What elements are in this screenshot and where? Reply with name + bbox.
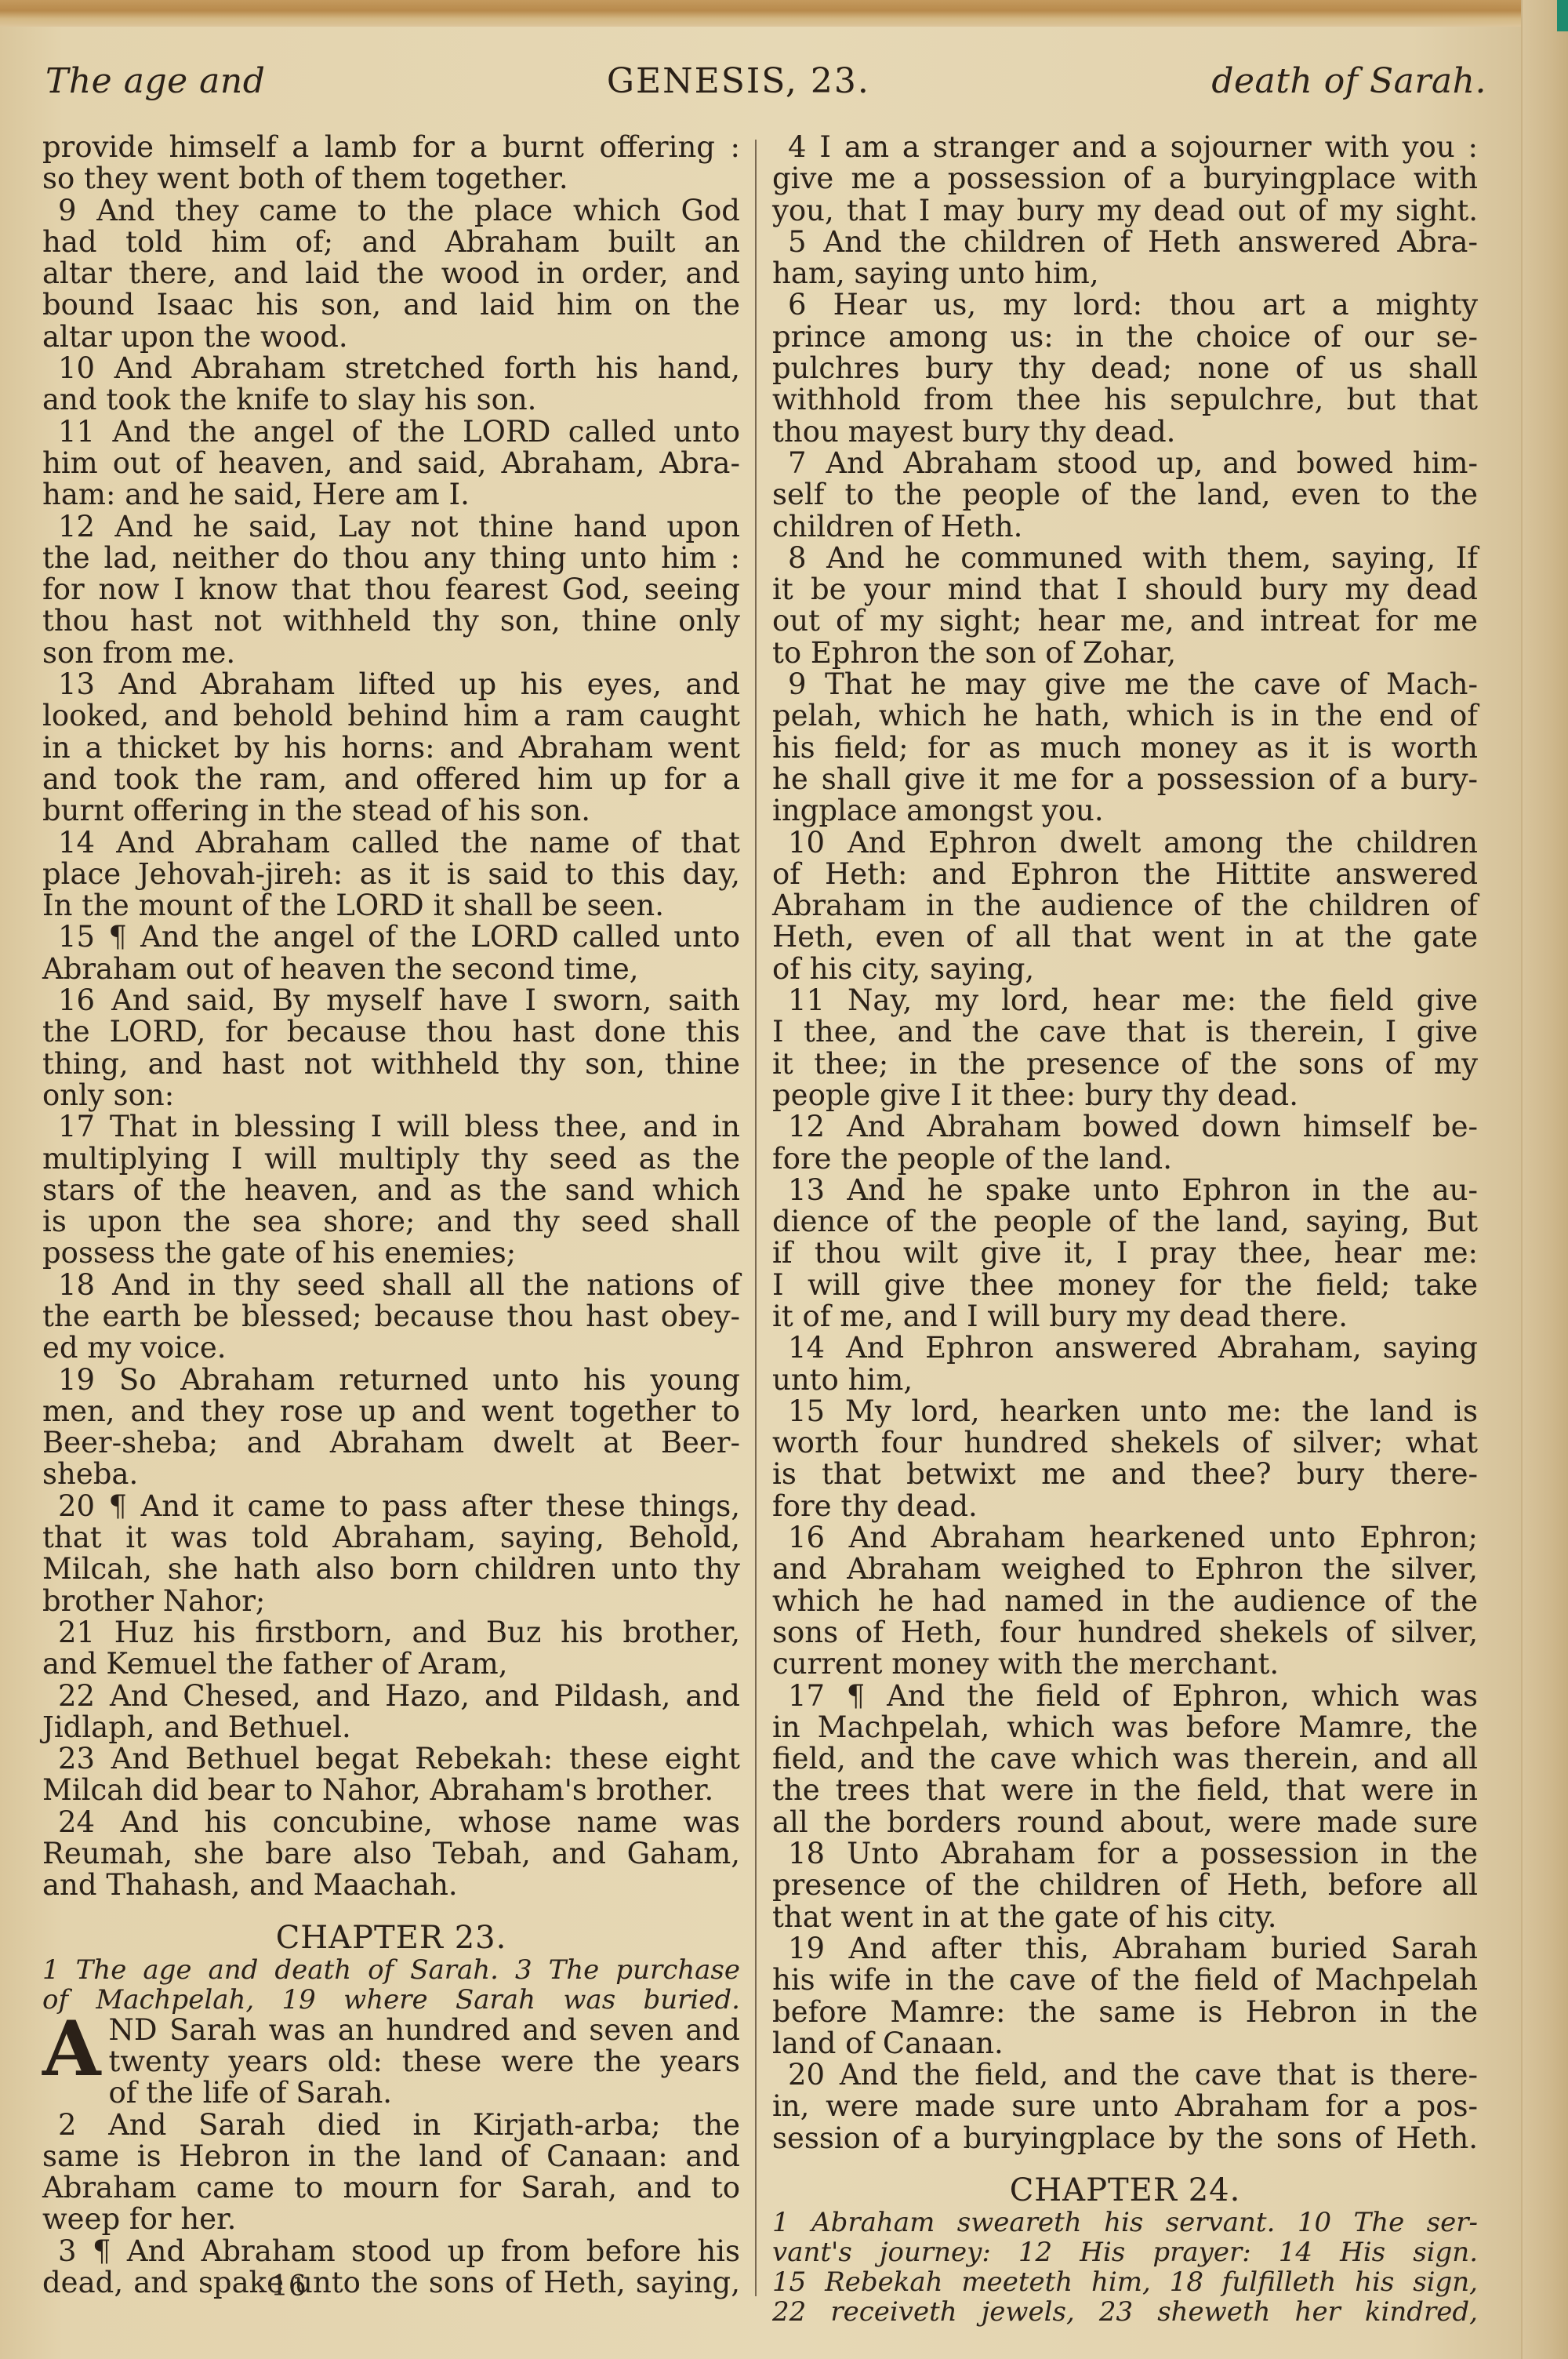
text-line: 16 And Abraham hearkened unto Ephron; [772, 1522, 1478, 1554]
text-line: the trees that were in the field, that w… [772, 1775, 1478, 1806]
text-line: dead, and spake unto the sons of Heth, s… [42, 2267, 740, 2299]
text-line: altar upon the wood. [42, 322, 740, 353]
text-line: sheba. [42, 1459, 740, 1490]
text-line: Abraham came to mourn for Sarah, and to [42, 2172, 740, 2204]
text-line: fore thy dead. [772, 1491, 1478, 1522]
text-line: 10 And Ephron dwelt among the children [772, 827, 1478, 859]
text-line: 14 And Ephron answered Abraham, saying [772, 1332, 1478, 1364]
text-line: pelah, which he hath, which is in the en… [772, 700, 1478, 732]
text-line: Jidlaph, and Bethuel. [42, 1712, 740, 1743]
text-line: before Mamre: the same is Hebron in the [772, 1997, 1478, 2028]
right-verse-lines: 4 I am a stranger and a sojourner with y… [772, 132, 1478, 2154]
text-line: men, and they rose up and went together … [42, 1396, 740, 1427]
text-line: 15 Rebekah meeteth him, 18 fulfilleth hi… [772, 2267, 1478, 2297]
text-line: Reumah, she bare also Tebah, and Gaham, [42, 1838, 740, 1870]
text-line: 14 And Abraham called the name of that [42, 827, 740, 859]
text-line: out of my sight; hear me, and intreat fo… [772, 605, 1478, 637]
text-line: 11 Nay, my lord, hear me: the field give [772, 985, 1478, 1016]
text-line: brother Nahor; [42, 1586, 740, 1617]
text-line: 3 ¶ And Abraham stood up from before his [42, 2236, 740, 2267]
text-line: place Jehovah-jireh: as it is said to th… [42, 859, 740, 890]
text-line: 18 Unto Abraham for a possession in the [772, 1838, 1478, 1870]
text-line: 2 And Sarah died in Kirjath-arba; the [42, 2110, 740, 2141]
text-line: Milcah did bear to Nahor, Abraham's brot… [42, 1775, 740, 1806]
text-line: I will give thee money for the field; ta… [772, 1270, 1478, 1301]
text-line: 15 My lord, hearken unto me: the land is [772, 1396, 1478, 1427]
text-line: is upon the sea shore; and thy seed shal… [42, 1206, 740, 1238]
text-line: 19 And after this, Abraham buried Sarah [772, 1933, 1478, 1965]
chapter-23-opening: A ND Sarah was an hundred and seven andt… [42, 2015, 740, 2078]
header-book-chapter: GENESIS, 23. [607, 61, 870, 101]
left-verse-lines: provide himself a lamb for a burnt offer… [42, 132, 740, 1902]
text-line: worth four hundred shekels of silver; wh… [772, 1427, 1478, 1459]
text-line: pulchres bury thy dead; none of us shall [772, 353, 1478, 384]
text-line: 19 So Abraham returned unto his young [42, 1365, 740, 1396]
text-line: thing, and hast not withheld thy son, th… [42, 1049, 740, 1080]
text-line: fore the people of the land. [772, 1143, 1478, 1175]
chapter-24-summary: 1 Abraham sweareth his servant. 10 The s… [772, 2208, 1478, 2327]
right-text-column: 4 I am a stranger and a sojourner with y… [772, 132, 1478, 2327]
text-line: children of Heth. [772, 511, 1478, 543]
text-line: in a thicket by his horns: and Abraham w… [42, 732, 740, 764]
text-line: 15 ¶ And the angel of the LORD called un… [42, 921, 740, 953]
text-line: bound Isaac his son, and laid him on the [42, 289, 740, 321]
text-line: self to the people of the land, even to … [772, 479, 1478, 511]
column-rule [755, 140, 757, 2296]
text-line: Beer-sheba; and Abraham dwelt at Beer- [42, 1427, 740, 1459]
text-line: the earth be blessed; because thou hast … [42, 1301, 740, 1332]
text-line: field, and the cave which was therein, a… [772, 1743, 1478, 1775]
text-line: if thou wilt give it, I pray thee, hear … [772, 1238, 1478, 1269]
text-line: for now I know that thou fearest God, se… [42, 574, 740, 605]
text-line: give me a possession of a buryingplace w… [772, 163, 1478, 194]
text-line: 10 And Abraham stretched forth his hand, [42, 353, 740, 384]
text-line: In the mount of the LORD it shall be see… [42, 890, 740, 921]
text-line: to Ephron the son of Zohar, [772, 638, 1478, 669]
text-line: of his city, saying, [772, 954, 1478, 985]
text-line: of Machpelah, 19 where Sarah was buried. [42, 1985, 740, 2015]
text-line: in, were made sure unto Abraham for a po… [772, 2091, 1478, 2122]
page-top-edge [0, 0, 1568, 27]
text-line: his field; for as much money as it is wo… [772, 732, 1478, 764]
text-line: had told him of; and Abraham built an [42, 227, 740, 258]
text-line: presence of the children of Heth, before… [772, 1870, 1478, 1901]
text-line: Abraham out of heaven the second time, [42, 954, 740, 985]
text-line: in Machpelah, which was before Mamre, th… [772, 1712, 1478, 1743]
text-line: 18 And in thy seed shall all the nations… [42, 1270, 740, 1301]
text-line: I thee, and the cave that is therein, I … [772, 1016, 1478, 1048]
text-line: land of Canaan. [772, 2028, 1478, 2059]
text-line: 20 ¶ And it came to pass after these thi… [42, 1491, 740, 1522]
text-line: ND Sarah was an hundred and seven and [42, 2015, 740, 2046]
text-line: and took the knife to slay his son. [42, 384, 740, 416]
text-line: 13 And he spake unto Ephron in the au- [772, 1175, 1478, 1206]
text-line: 9 And they came to the place which God [42, 195, 740, 227]
page-number: 16 [270, 2270, 307, 2303]
text-line: Heth, even of all that went in at the ga… [772, 921, 1478, 953]
text-line: 11 And the angel of the LORD called unto [42, 416, 740, 448]
text-line: looked, and behold behind him a ram caug… [42, 700, 740, 732]
drop-cap: A [42, 2018, 100, 2081]
text-line: 20 And the field, and the cave that is t… [772, 2059, 1478, 2091]
text-line: son from me. [42, 638, 740, 669]
text-line: the lad, neither do thou any thing unto … [42, 543, 740, 574]
text-line: same is Hebron in the land of Canaan: an… [42, 2141, 740, 2172]
text-line: vant's journey: 12 His prayer: 14 His si… [772, 2237, 1478, 2267]
text-line: unto him, [772, 1365, 1478, 1396]
text-line: you, that I may bury my dead out of my s… [772, 195, 1478, 227]
text-line: 13 And Abraham lifted up his eyes, and [42, 669, 740, 700]
text-line: all the borders round about, were made s… [772, 1807, 1478, 1838]
text-line: provide himself a lamb for a burnt offer… [42, 132, 740, 163]
text-line: stars of the heaven, and as the sand whi… [42, 1175, 740, 1206]
text-line: withhold from thee his sepulchre, but th… [772, 384, 1478, 416]
text-line: and Abraham weighed to Ephron the silver… [772, 1554, 1478, 1585]
text-line: current money with the merchant. [772, 1648, 1478, 1680]
text-line: of the life of Sarah. [42, 2077, 740, 2109]
text-line: 24 And his concubine, whose name was [42, 1807, 740, 1838]
text-line: twenty years old: these were the years [42, 2046, 740, 2077]
text-line: 6 Hear us, my lord: thou art a mighty [772, 289, 1478, 321]
chapter-23-summary: 1 The age and death of Sarah. 3 The purc… [42, 1955, 740, 2015]
text-line: so they went both of them together. [42, 163, 740, 194]
text-line: 12 And he said, Lay not thine hand upon [42, 511, 740, 543]
text-line: his wife in the cave of the field of Mac… [772, 1965, 1478, 1996]
header-right: death of Sarah. [1211, 61, 1486, 101]
text-line: ham: and he said, Here am I. [42, 479, 740, 511]
text-line: 16 And said, By myself have I sworn, sai… [42, 985, 740, 1016]
text-line: and Thahash, and Maachah. [42, 1870, 740, 1901]
chapter-heading-23: CHAPTER 23. [42, 1921, 740, 1955]
text-line: 22 And Chesed, and Hazo, and Pildash, an… [42, 1681, 740, 1712]
text-line: 21 Huz his firstborn, and Buz his brothe… [42, 1617, 740, 1648]
text-line: it thee; in the presence of the sons of … [772, 1049, 1478, 1080]
text-line: burnt offering in the stead of his son. [42, 795, 740, 827]
text-line: 23 And Bethuel begat Rebekah: these eigh… [42, 1743, 740, 1775]
text-line: only son: [42, 1080, 740, 1111]
text-line: prince among us: in the choice of our se… [772, 322, 1478, 353]
text-line: 4 I am a stranger and a sojourner with y… [772, 132, 1478, 163]
left-text-column: provide himself a lamb for a burnt offer… [42, 132, 740, 2299]
text-line: Abraham in the audience of the children … [772, 890, 1478, 921]
text-line: 1 The age and death of Sarah. 3 The purc… [42, 1955, 740, 1985]
header-left: The age and [45, 61, 265, 101]
text-line: ham, saying unto him, [772, 258, 1478, 289]
text-line: people give I it thee: bury thy dead. [772, 1080, 1478, 1111]
text-line: of Heth: and Ephron the Hittite answered [772, 859, 1478, 890]
text-line: thou mayest bury thy dead. [772, 416, 1478, 448]
text-line: him out of heaven, and said, Abraham, Ab… [42, 448, 740, 479]
running-header: The age and GENESIS, 23. death of Sarah. [45, 61, 1486, 116]
text-line: and Kemuel the father of Aram, [42, 1648, 740, 1680]
text-line: 8 And he communed with them, saying, If [772, 543, 1478, 574]
text-line: it be your mind that I should bury my de… [772, 574, 1478, 605]
text-line: session of a buryingplace by the sons of… [772, 2123, 1478, 2154]
text-line: thou hast not withheld thy son, thine on… [42, 605, 740, 637]
text-line: the LORD, for because thou hast done thi… [42, 1016, 740, 1048]
chapter-23-verses: of the life of Sarah.2 And Sarah died in… [42, 2077, 740, 2299]
text-line: 17 That in blessing I will bless thee, a… [42, 1111, 740, 1143]
dropcap-lines: ND Sarah was an hundred and seven andtwe… [42, 2015, 740, 2078]
text-line: 9 That he may give me the cave of Mach- [772, 669, 1478, 700]
text-line: that it was told Abraham, saying, Behold… [42, 1522, 740, 1554]
page-gutter-edge [1521, 0, 1568, 2359]
text-line: multiplying I will multiply thy seed as … [42, 1143, 740, 1175]
text-line: 12 And Abraham bowed down himself be- [772, 1111, 1478, 1143]
text-line: is that betwixt me and thee? bury there- [772, 1459, 1478, 1490]
text-line: 17 ¶ And the field of Ephron, which was [772, 1681, 1478, 1712]
text-line: possess the gate of his enemies; [42, 1238, 740, 1269]
text-line: ingplace amongst you. [772, 795, 1478, 827]
chapter-heading-24: CHAPTER 24. [772, 2173, 1478, 2208]
text-line: that went in at the gate of his city. [772, 1902, 1478, 1933]
text-line: ed my voice. [42, 1332, 740, 1364]
text-line: weep for her. [42, 2204, 740, 2235]
text-line: sons of Heth, four hundred shekels of si… [772, 1617, 1478, 1648]
text-line: altar there, and laid the wood in order,… [42, 258, 740, 289]
text-line: and took the ram, and offered him up for… [42, 764, 740, 795]
text-line: it of me, and I will bury my dead there. [772, 1301, 1478, 1332]
text-line: 5 And the children of Heth answered Abra… [772, 227, 1478, 258]
text-line: which he had named in the audience of th… [772, 1586, 1478, 1617]
text-line: Milcah, she hath also born children unto… [42, 1554, 740, 1585]
text-line: 22 receiveth jewels, 23 sheweth her kind… [772, 2297, 1478, 2327]
bookmark-tab [1557, 0, 1568, 31]
text-line: he shall give it me for a possession of … [772, 764, 1478, 795]
text-line: 1 Abraham sweareth his servant. 10 The s… [772, 2208, 1478, 2237]
text-line: 7 And Abraham stood up, and bowed him- [772, 448, 1478, 479]
text-line: dience of the people of the land, saying… [772, 1206, 1478, 1238]
